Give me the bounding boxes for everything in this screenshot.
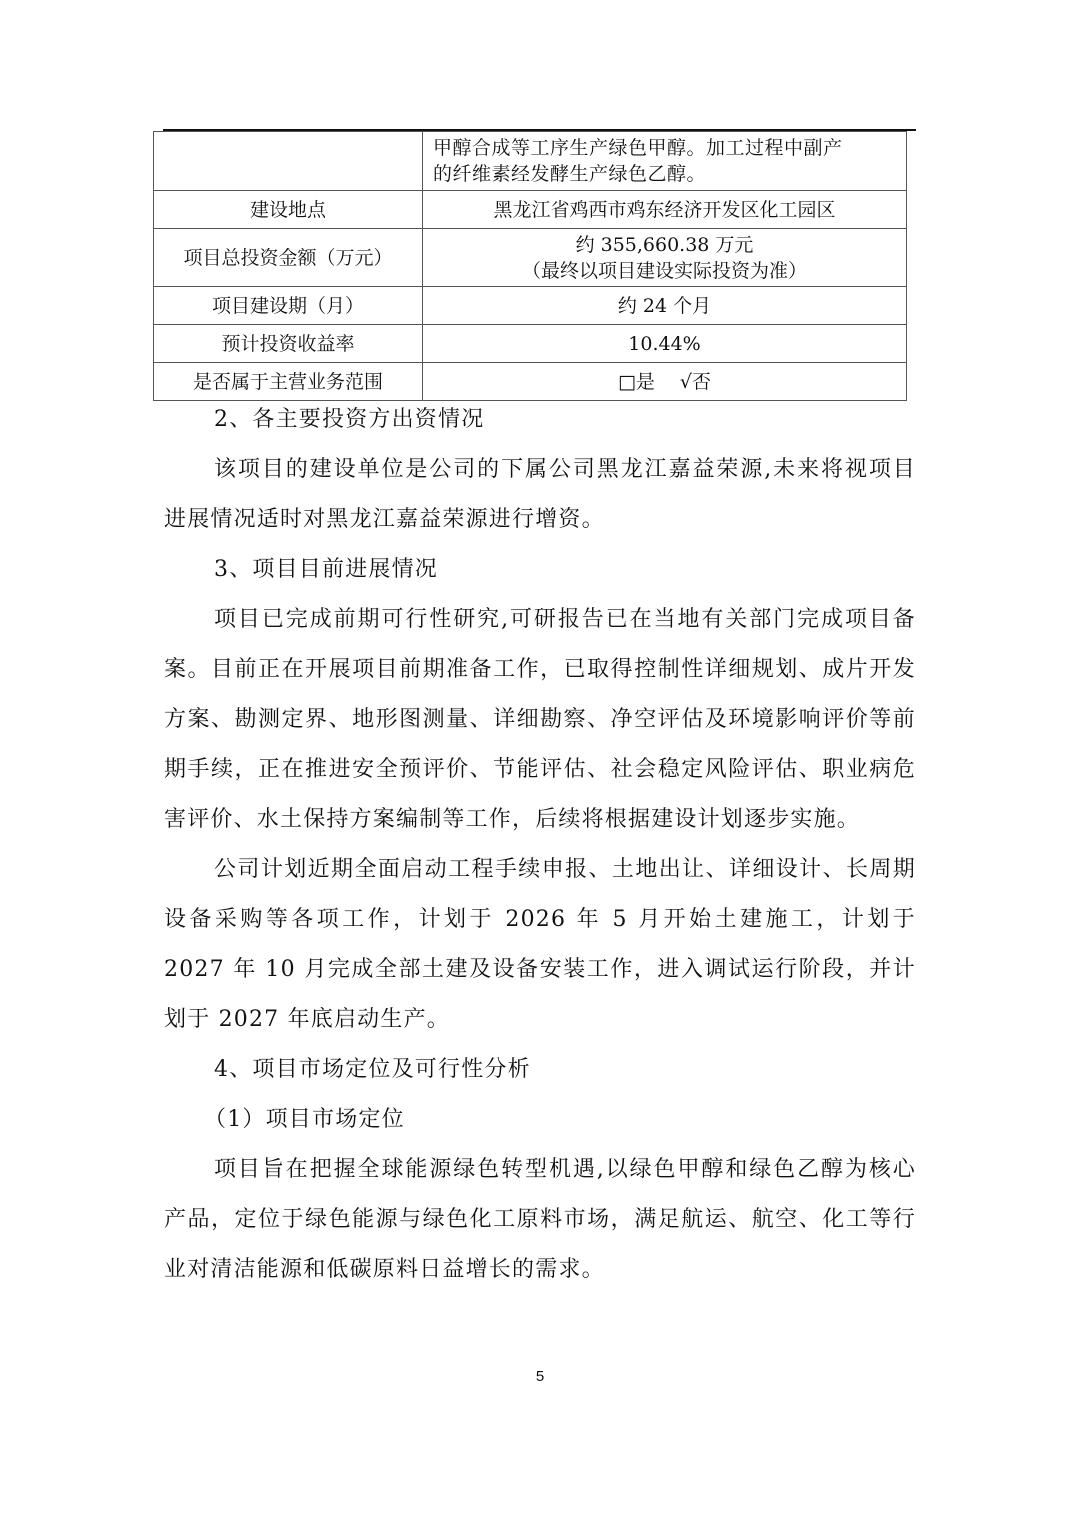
value-line: 约 355,660.38 万元: [431, 232, 898, 258]
paragraph: 项目已完成前期可行性研究,可研报告已在当地有关部门完成项目备案。目前正在开展项目…: [164, 595, 916, 845]
table-row: 项目建设期（月） 约 24 个月: [154, 287, 907, 325]
row-value: 甲醇合成等工序生产绿色甲醇。加工过程中副产 的纤维素经发酵生产绿色乙醇。: [423, 132, 907, 191]
project-info-table: 甲醇合成等工序生产绿色甲醇。加工过程中副产 的纤维素经发酵生产绿色乙醇。 建设地…: [153, 131, 907, 401]
row-label: [154, 132, 423, 191]
section-heading: 4、项目市场定位及可行性分析: [164, 1045, 916, 1095]
row-value: 10.44%: [423, 325, 907, 363]
value-line: 黑龙江省鸡西市鸡东经济开发区化工园区: [431, 197, 898, 223]
row-label: 预计投资收益率: [154, 325, 423, 363]
section-heading: 2、各主要投资方出资情况: [164, 395, 916, 445]
table-row: 预计投资收益率 10.44%: [154, 325, 907, 363]
table-row: 建设地点 黑龙江省鸡西市鸡东经济开发区化工园区: [154, 191, 907, 229]
row-label: 项目建设期（月）: [154, 287, 423, 325]
table-row: 项目总投资金额（万元） 约 355,660.38 万元 （最终以项目建设实际投资…: [154, 229, 907, 287]
row-value: 约 24 个月: [423, 287, 907, 325]
row-label: 项目总投资金额（万元）: [154, 229, 423, 287]
row-value: 黑龙江省鸡西市鸡东经济开发区化工园区: [423, 191, 907, 229]
value-line: 的纤维素经发酵生产绿色乙醇。: [433, 161, 898, 187]
value-line: 约 24 个月: [431, 293, 898, 319]
paragraph: 该项目的建设单位是公司的下属公司黑龙江嘉益荣源,未来将视项目进展情况适时对黑龙江…: [164, 445, 916, 545]
row-value: 约 355,660.38 万元 （最终以项目建设实际投资为准）: [423, 229, 907, 287]
document-page: 甲醇合成等工序生产绿色甲醇。加工过程中副产 的纤维素经发酵生产绿色乙醇。 建设地…: [0, 0, 1080, 1527]
page-number: 5: [0, 1368, 1080, 1385]
value-line: （最终以项目建设实际投资为准）: [431, 258, 898, 284]
body-text: 2、各主要投资方出资情况 该项目的建设单位是公司的下属公司黑龙江嘉益荣源,未来将…: [164, 395, 916, 1295]
paragraph: 项目旨在把握全球能源绿色转型机遇,以绿色甲醇和绿色乙醇为核心产品，定位于绿色能源…: [164, 1145, 916, 1295]
main-business-checkbox-value: □是 √否: [431, 369, 898, 395]
value-line: 10.44%: [431, 331, 898, 357]
section-heading: 3、项目目前进展情况: [164, 545, 916, 595]
value-line: 甲醇合成等工序生产绿色甲醇。加工过程中副产: [433, 135, 898, 161]
row-label: 建设地点: [154, 191, 423, 229]
paragraph: 公司计划近期全面启动工程手续申报、土地出让、详细设计、长周期设备采购等各项工作，…: [164, 845, 916, 1045]
subsection-heading: （1）项目市场定位: [164, 1095, 916, 1145]
table-row: 甲醇合成等工序生产绿色甲醇。加工过程中副产 的纤维素经发酵生产绿色乙醇。: [154, 132, 907, 191]
